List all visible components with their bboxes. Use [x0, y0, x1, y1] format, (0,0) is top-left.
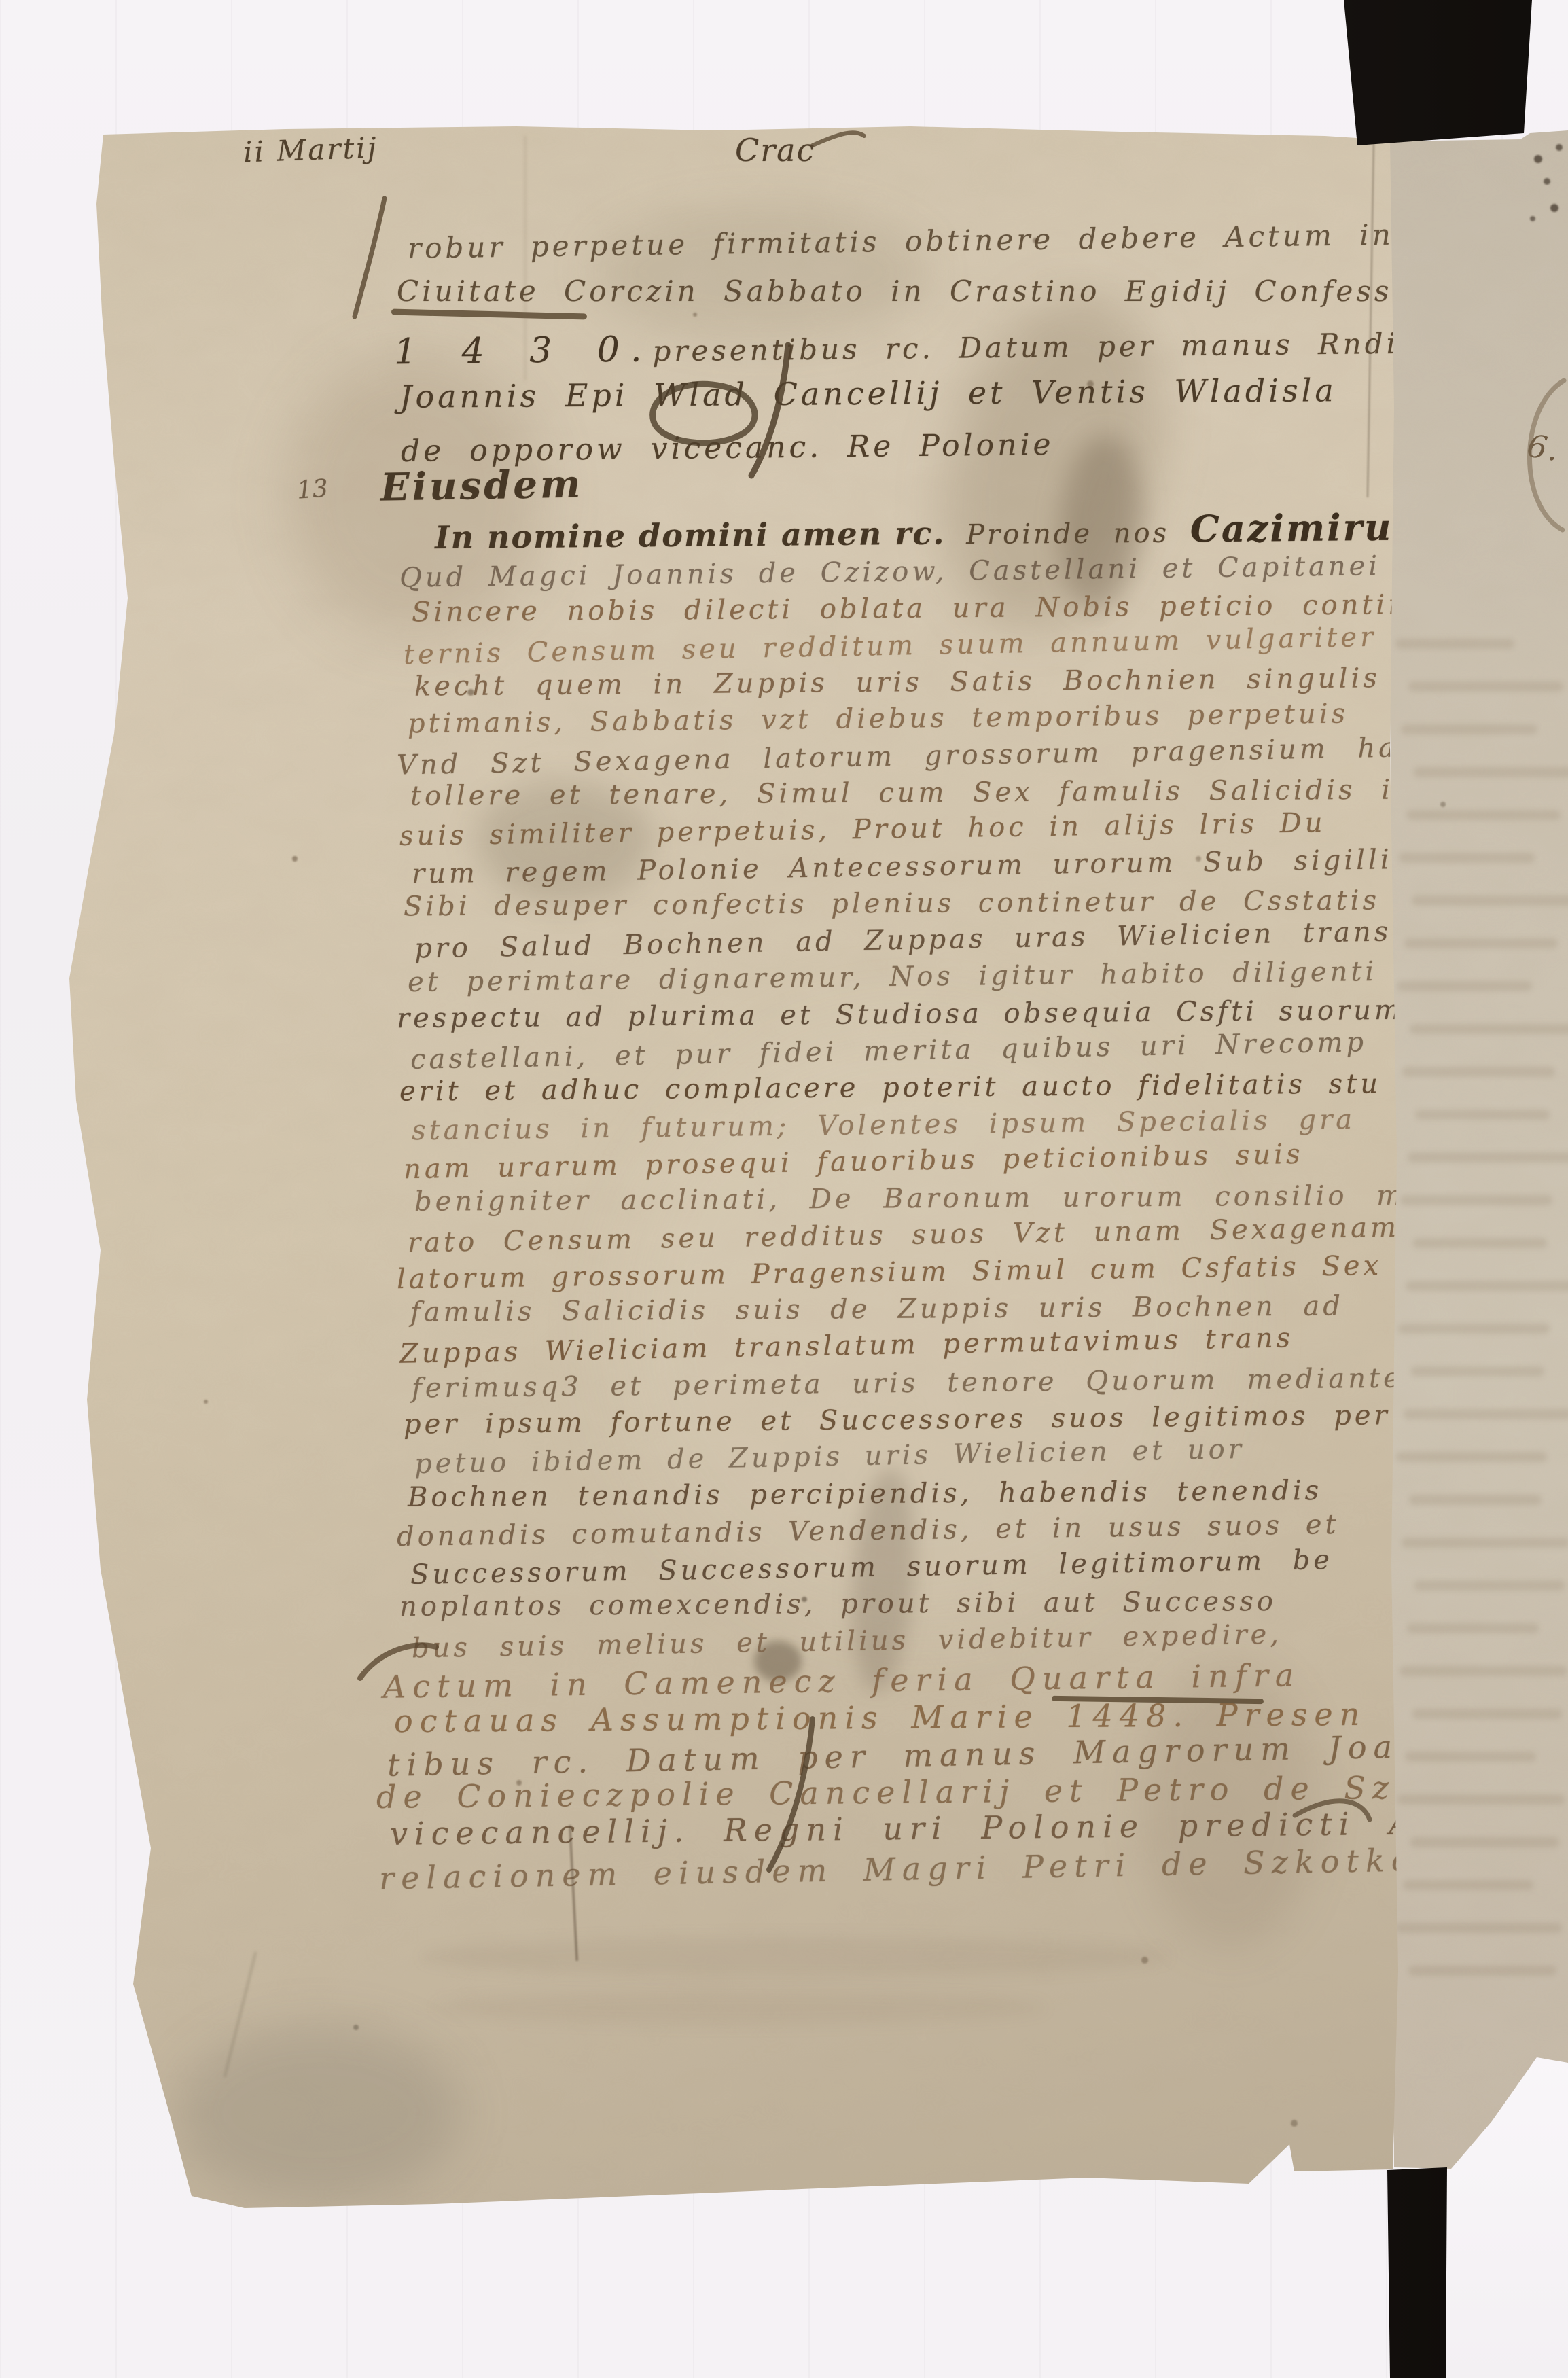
bleedthrough-row	[1412, 1709, 1562, 1719]
manuscript-line: suis similiter perpetuis, Prout hoc in a…	[399, 807, 1326, 852]
margin-date-note: ii Martij	[243, 131, 378, 169]
paper-crease	[224, 1951, 257, 2077]
manuscript-line: Successorum Successorum suorum legitimor…	[410, 1544, 1334, 1591]
bleedthrough-row	[1407, 1623, 1539, 1633]
parchment-stain	[591, 204, 931, 340]
manuscript-line: famulis Salicidis suis de Zuppis uris Bo…	[410, 1290, 1344, 1328]
manuscript-line: erit et adhuc complacere poterit aucto f…	[399, 1069, 1381, 1107]
year-1430: 1 4 3 0.	[394, 329, 653, 372]
bleedthrough-row	[1402, 1067, 1555, 1077]
bleedthrough-row	[1397, 1794, 1565, 1805]
parchment-stain	[435, 1991, 1046, 2025]
bleedthrough-row	[1410, 1024, 1568, 1034]
manuscript-line: et perimtare dignaremur, Nos igitur habi…	[408, 956, 1378, 998]
bleedthrough-row	[1397, 981, 1532, 991]
manuscript-page: ii Martij Crac robur perpetue firmitatis…	[0, 0, 1568, 2378]
manuscript-line: Sibi desuper confectis plenius continetu…	[404, 885, 1380, 922]
manuscript-line: kecht quem in Zuppis uris Satis Bochnien…	[414, 662, 1445, 702]
manuscript-line: Bochnen tenandis percipiendis, habendis …	[408, 1475, 1323, 1513]
entry-number: 13	[296, 474, 329, 504]
line-text	[945, 519, 966, 550]
bleedthrough-row	[1410, 1837, 1559, 1847]
bleedthrough-row	[1405, 1752, 1536, 1762]
invocation: In nomine domini amen rc.	[435, 515, 946, 556]
bleedthrough-row	[1414, 767, 1568, 777]
manuscript-line: latorum grossorum Pragensium Simul cum C…	[397, 1250, 1383, 1295]
manuscript-line: Ciuitate Corczin Sabbato in Crastino Egi…	[397, 274, 1413, 308]
manuscript-line: 1 4 3 0.presentibus rc. Datum per manus …	[394, 321, 1481, 373]
manuscript-line: Joannis Epi Wlad Cancellij et Ventis Wla…	[399, 372, 1337, 415]
facing-page-folio-note: 6.	[1525, 427, 1563, 469]
manuscript-line: donandis comutandis Vendendis, et in usu…	[397, 1509, 1340, 1552]
flourish-crac-tail	[813, 132, 864, 145]
bleedthrough-row	[1396, 1452, 1547, 1462]
entry-heading: Eiusdem	[380, 461, 583, 510]
bleedthrough-row	[1406, 810, 1561, 820]
flourish-martij-tail	[355, 198, 385, 317]
bleedthrough-row	[1395, 1923, 1562, 1933]
manuscript-line: Vnd Szt Sexagena latorum grossorum prage…	[397, 731, 1439, 781]
manuscript-line: robur perpetue firmitatis obtinere deber…	[408, 217, 1468, 265]
bleedthrough-row	[1412, 895, 1568, 906]
manuscript-line: petuo ibidem de Zuppis uris Wielicien et…	[414, 1434, 1245, 1480]
bleedthrough-row	[1406, 1281, 1568, 1291]
bleedthrough-row	[1400, 1666, 1567, 1676]
bleedthrough-row	[1404, 1409, 1568, 1419]
bleedthrough-row	[1408, 1152, 1568, 1163]
manuscript-scan: 6. ii Martij Crac robur perpetue firmita…	[0, 0, 1568, 2378]
pen-underline	[391, 308, 587, 319]
manuscript-line: tollere et tenare, Simul cum Sex famulis…	[410, 774, 1447, 812]
running-head: Crac	[735, 132, 815, 168]
manuscript-line: respectu ad plurima et Studiosa obsequia…	[397, 994, 1404, 1033]
bleedthrough-row	[1413, 1238, 1547, 1248]
manuscript-line: bus suis melius et utilius videbitur exp…	[412, 1618, 1283, 1664]
bleedthrough-row	[1402, 1538, 1568, 1548]
parchment-stain	[177, 2025, 462, 2201]
parchment-stain	[421, 1936, 1169, 1977]
bleedthrough-row	[1401, 724, 1537, 734]
bleedthrough-row	[1398, 1324, 1550, 1334]
paper-crease	[1366, 144, 1374, 497]
bleedthrough-row	[1415, 1110, 1550, 1120]
manuscript-line: ferimusq3 et perimeta uris tenore Quorum…	[412, 1362, 1403, 1404]
manuscript-line: Zuppas Wieliciam translatum permutavimus…	[399, 1323, 1294, 1370]
bleedthrough-row	[1399, 853, 1535, 863]
bleedthrough-row	[1408, 681, 1563, 692]
bleedthrough-row	[1400, 1195, 1552, 1205]
line-text: Proinde nos	[966, 518, 1169, 551]
bleedthrough-row	[1408, 1966, 1556, 1976]
manuscript-line: castellani, et pur fidei merita quibus u…	[410, 1027, 1368, 1076]
line-text	[1169, 517, 1190, 548]
line-text: presentibus rc. Datum per manus Rndi pat	[652, 326, 1480, 368]
manuscript-line: ptimanis, Sabbatis vzt diebus temporibus…	[408, 698, 1349, 740]
manuscript-line: noplantos comexcendis, prout sibi aut Su…	[399, 1586, 1277, 1622]
bleedthrough-row	[1404, 938, 1558, 948]
bleedthrough-row	[1395, 639, 1514, 649]
bleedthrough-row	[1414, 1580, 1565, 1591]
bleedthrough-row	[1411, 1366, 1544, 1377]
manuscript-line: nam urarum prosequi fauoribus peticionib…	[404, 1139, 1304, 1185]
manuscript-line: rum regem Polonie Antecessorum urorum Su…	[412, 843, 1474, 890]
bleedthrough-row	[1403, 1880, 1533, 1890]
manuscript-line: benigniter acclinati, De Baronum urorum …	[414, 1179, 1466, 1218]
bleedthrough-row	[1409, 1495, 1542, 1505]
